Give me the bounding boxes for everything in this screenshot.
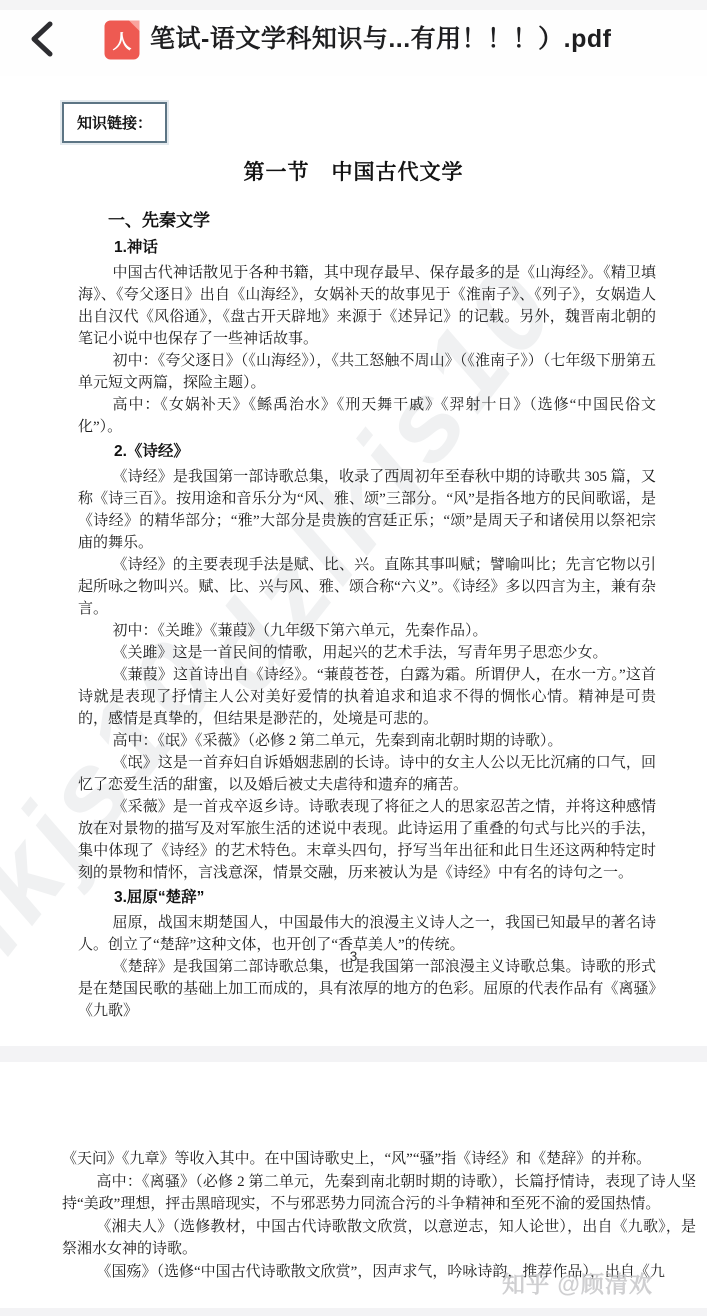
- heading-shijing: 2.《诗经》: [114, 441, 656, 463]
- pdf-page-3: dzlkjs10 dzlkjs10 知识链接： 第一节 中国古代文学 一、先秦文…: [0, 76, 707, 1046]
- page-number: 3: [0, 949, 707, 964]
- knowledge-link-label: 知识链接：: [77, 115, 152, 132]
- heading-shenhua: 1.神话: [114, 237, 656, 259]
- svg-text:人: 人: [112, 31, 131, 53]
- bottom-divider: [0, 1308, 707, 1316]
- paragraph: 中国古代神话散见于各种书籍，其中现存最早、保存最多的是《山海经》。《精卫填海》、…: [78, 262, 656, 350]
- paragraph: 《氓》这是一首弃妇自诉婚姻悲剧的长诗。诗中的女主人公以无比沉痛的口气，回忆了恋爱…: [78, 752, 656, 796]
- section-title: 第一节 中国古代文学: [0, 156, 707, 186]
- knowledge-link-box: 知识链接：: [62, 102, 167, 143]
- heading-xianqin-wenxue: 一、先秦文学: [108, 210, 656, 232]
- pdf-file-title: 笔试-语文学科知识与...有用！！！）.pdf: [150, 19, 611, 55]
- paragraph: 《蒹葭》这首诗出自《诗经》。“蒹葭苍苍，白露为霜。所谓伊人，在水一方。”这首诗就…: [78, 664, 656, 730]
- heading-quyuan-chuci: 3.屈原“楚辞”: [114, 887, 656, 909]
- paragraph: 初中：《关雎》《蒹葭》（九年级下第六单元，先秦作品）。: [78, 620, 656, 642]
- status-strip: [0, 0, 707, 10]
- pdf-viewer-screen: { "header": { "title": "笔试-语文学科知识与...有用！…: [0, 0, 707, 1316]
- paragraph: 初中：《夸父逐日》（《山海经》），《共工怒触不周山》（《淮南子》）（七年级下册第…: [78, 350, 656, 394]
- paragraph: 《诗经》的主要表现手法是赋、比、兴。直陈其事叫赋；譬喻叫比；先言它物以引起所咏之…: [78, 554, 656, 620]
- page-divider: [0, 1046, 707, 1062]
- paragraph: 《关雎》这是一首民间的情歌，用起兴的艺术手法，写青年男子思恋少女。: [78, 642, 656, 664]
- pdf-file-icon: 人: [104, 20, 140, 60]
- back-button[interactable]: [26, 18, 60, 60]
- paragraph: 《采薇》是一首戎卒返乡诗。诗歌表现了将征之人的思家忍苦之情，并将这种感情放在对景…: [78, 796, 656, 884]
- paragraph: 高中：《女娲补天》《鲧禹治水》《刑天舞干戚》《羿射十日》（选修“中国民俗文化”）…: [78, 394, 656, 438]
- page-4-content: 《天问》《九章》等收入其中。在中国诗歌史上，“风”“骚”指《诗经》和《楚辞》的并…: [62, 1148, 696, 1283]
- pdf-viewer-topbar: 人 笔试-语文学科知识与...有用！！！）.pdf: [0, 10, 707, 76]
- chevron-left-icon: [26, 18, 60, 60]
- zhihu-watermark: 知乎 @顾清欢: [502, 1266, 653, 1299]
- paragraph: 《楚辞》是我国第二部诗歌总集，也是我国第一部浪漫主义诗歌总集。诗歌的形式是在楚国…: [78, 956, 656, 1022]
- page-3-content: 一、先秦文学 1.神话 中国古代神话散见于各种书籍，其中现存最早、保存最多的是《…: [78, 210, 656, 1022]
- paragraph: 《湘夫人》（选修教材，中国古代诗歌散文欣赏，以意逆志，知人论世），出自《九歌》，…: [62, 1216, 696, 1261]
- paragraph: 《诗经》是我国第一部诗歌总集，收录了西周初年至春秋中期的诗歌共 305 篇，又称…: [78, 466, 656, 554]
- paragraph: 高中：《离骚》（必修 2 第二单元，先秦到南北朝时期的诗歌），长篇抒情诗，表现了…: [62, 1171, 696, 1216]
- paragraph: 高中：《氓》《采薇》（必修 2 第二单元，先秦到南北朝时期的诗歌）。: [78, 730, 656, 752]
- paragraph: 《天问》《九章》等收入其中。在中国诗歌史上，“风”“骚”指《诗经》和《楚辞》的并…: [62, 1148, 696, 1171]
